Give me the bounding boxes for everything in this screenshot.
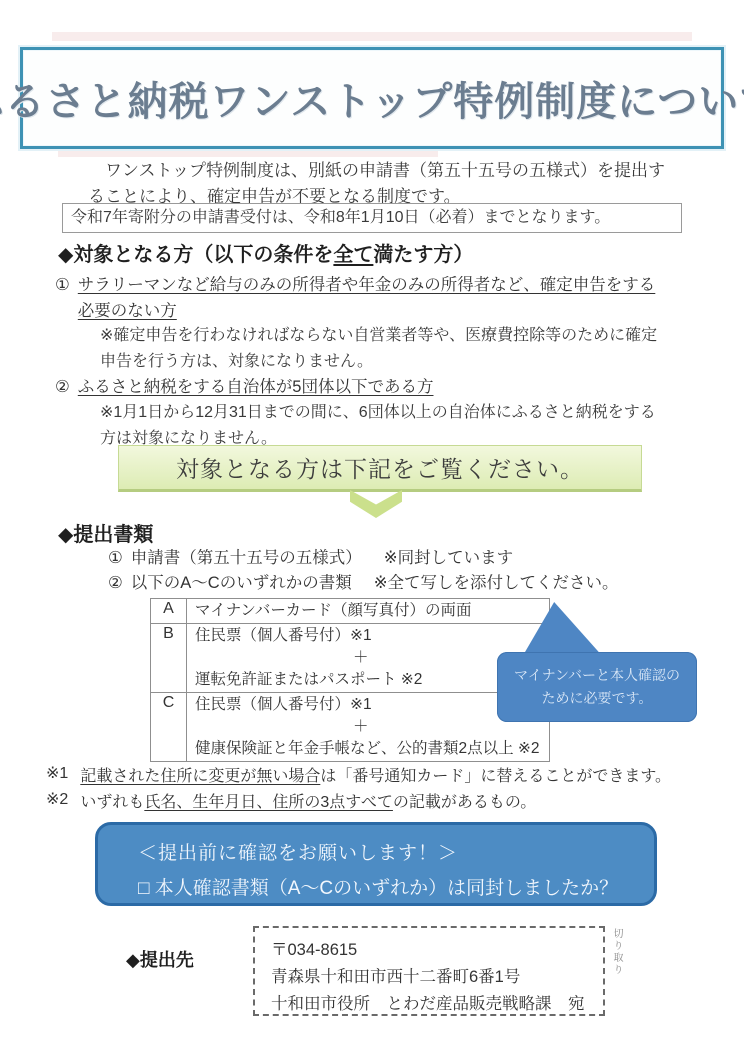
table-row-value: 住民票（個人番号付）※1 ＋ 運転免許証またはパスポート ※2 (187, 624, 549, 692)
footnote-text: 記載された住所に変更が無い場合は「番号通知カード」に替えることができます。 (80, 763, 671, 786)
table-row: C 住民票（個人番号付）※1 ＋ 健康保険証と年金手帳など、公的書類2点以上 ※… (151, 692, 549, 761)
down-arrow-icon (350, 490, 402, 518)
item-number: ① (108, 546, 123, 572)
confirmation-title: ＜提出前に確認をお願いします！＞ (138, 838, 654, 865)
footnote-1: ※1 記載された住所に変更が無い場合は「番号通知カード」に替えることができます。 (46, 763, 671, 786)
table-cell-line: 運転免許証またはパスポート ※2 (195, 671, 422, 688)
documents-item-2: ② 以下のA～Cのいずれかの書類 ※全て写しを添付してください。 (108, 571, 619, 597)
documents-item-1-note: ※同封しています (384, 546, 513, 572)
table-row-value: マイナンバーカード（顔写真付）の両面 (187, 599, 549, 623)
eligibility-item-1-text: サラリーマンなど給与のみの所得者や年金のみの所得者など、確定申告をする必要のない… (78, 273, 663, 324)
documents-heading: ◆提出書類 (58, 518, 153, 547)
footnote-underlined: 記載された住所に変更が無い場合 (80, 768, 320, 785)
item-number: ② (108, 571, 123, 597)
table-cell-line: 住民票（個人番号付）※1 (195, 627, 372, 644)
cutline-vertical-note: 切り取り (609, 928, 624, 998)
eligibility-heading-prefix: ◆対象となる方（以下の条件を (58, 244, 333, 266)
notice-banner-text: 対象となる方は下記をご覧ください。 (176, 451, 584, 484)
deadline-box: 令和7年寄附分の申請書受付は、令和8年1月10日（必着）までとなります。 (62, 203, 682, 233)
item-number: ② (55, 375, 70, 401)
eligibility-item-2: ② ふるさと納税をする自治体が5団体以下である方 (55, 375, 663, 401)
documents-item-1: ① 申請書（第五十五号の五様式） ※同封しています (108, 546, 513, 572)
callout-text-line: ために必要です。 (542, 687, 653, 710)
eligibility-heading-underlined: 全て (333, 244, 373, 266)
table-cell-line: 住民票（個人番号付）※1 (195, 696, 372, 713)
confirmation-checklist-item: □ 本人確認書類（A～Cのいずれか）は同封しましたか？ (138, 873, 654, 900)
footnote-rest: の記載があるもの。 (393, 794, 536, 811)
plus-separator: ＋ (195, 716, 541, 738)
eligibility-item-1-note: ※確定申告を行わなければならない自営業者等や、医療費控除等のために確定申告を行う… (100, 323, 666, 374)
eligibility-item-2-note: ※1月1日から12月31日までの間に、6団体以上の自治体にふるさと納税をする方は… (100, 400, 660, 451)
documents-table: A マイナンバーカード（顔写真付）の両面 B 住民票（個人番号付）※1 ＋ 運転… (150, 598, 550, 762)
page-title: ふるさと納税ワンストップ特例制度について (0, 70, 744, 127)
table-row: B 住民票（個人番号付）※1 ＋ 運転免許証またはパスポート ※2 (151, 623, 549, 692)
table-row: A マイナンバーカード（顔写真付）の両面 (151, 599, 549, 623)
scan-smudge-top (52, 32, 692, 41)
address-street: 青森県十和田市西十二番町6番1号 (271, 964, 587, 991)
documents-item-2-note: ※全て写しを添付してください。 (374, 571, 619, 597)
table-row-key: C (151, 693, 187, 761)
address-recipient: 十和田市役所 とわだ産品販売戦略課 宛 (271, 991, 587, 1018)
mynumber-callout: マイナンバーと本人確認の ために必要です。 (497, 652, 697, 722)
postal-code: 〒034-8615 (271, 937, 587, 964)
table-cell-line: マイナンバーカード（顔写真付）の両面 (195, 602, 472, 619)
callout-text-line: マイナンバーと本人確認の (514, 664, 680, 687)
footnote-number: ※2 (46, 789, 68, 812)
documents-item-1-text: 申請書（第五十五号の五様式） (131, 546, 362, 572)
item-number: ① (55, 273, 70, 324)
eligibility-heading: ◆対象となる方（以下の条件を全て満たす方） (58, 238, 473, 267)
footnote-rest: は「番号通知カード」に替えることができます。 (320, 768, 671, 785)
table-row-value: 住民票（個人番号付）※1 ＋ 健康保険証と年金手帳など、公的書類2点以上 ※2 (187, 693, 549, 761)
footnote-underlined: 氏名、生年月日、住所の3点すべて (144, 794, 393, 811)
document-page: ふるさと納税ワンストップ特例制度について ワンストップ特例制度は、別紙の申請書（… (0, 0, 744, 1052)
footnote-prefix: いずれも (80, 794, 144, 811)
plus-separator: ＋ (195, 647, 541, 669)
documents-item-2-text: 以下のA～Cのいずれかの書類 (131, 571, 352, 597)
notice-banner: 対象となる方は下記をご覧ください。 (118, 445, 642, 492)
table-row-key: B (151, 624, 187, 692)
title-banner: ふるさと納税ワンストップ特例制度について (20, 47, 724, 149)
confirmation-box: ＜提出前に確認をお願いします！＞ □ 本人確認書類（A～Cのいずれか）は同封しま… (95, 822, 657, 906)
footnote-2: ※2 いずれも氏名、生年月日、住所の3点すべての記載があるもの。 (46, 789, 536, 812)
eligibility-item-2-text: ふるさと納税をする自治体が5団体以下である方 (78, 375, 434, 401)
address-box: 〒034-8615 青森県十和田市西十二番町6番1号 十和田市役所 とわだ産品販… (253, 926, 605, 1016)
footnote-text: いずれも氏名、生年月日、住所の3点すべての記載があるもの。 (80, 789, 536, 812)
table-row-key: A (151, 599, 187, 623)
footnote-number: ※1 (46, 763, 68, 786)
eligibility-item-1: ① サラリーマンなど給与のみの所得者や年金のみの所得者など、確定申告をする必要の… (55, 273, 663, 324)
eligibility-heading-suffix: 満たす方） (373, 244, 473, 266)
submission-label: ◆提出先 (126, 946, 194, 972)
scan-smudge-under-title (58, 150, 438, 157)
table-cell-line: 健康保険証と年金手帳など、公的書類2点以上 ※2 (195, 740, 540, 757)
